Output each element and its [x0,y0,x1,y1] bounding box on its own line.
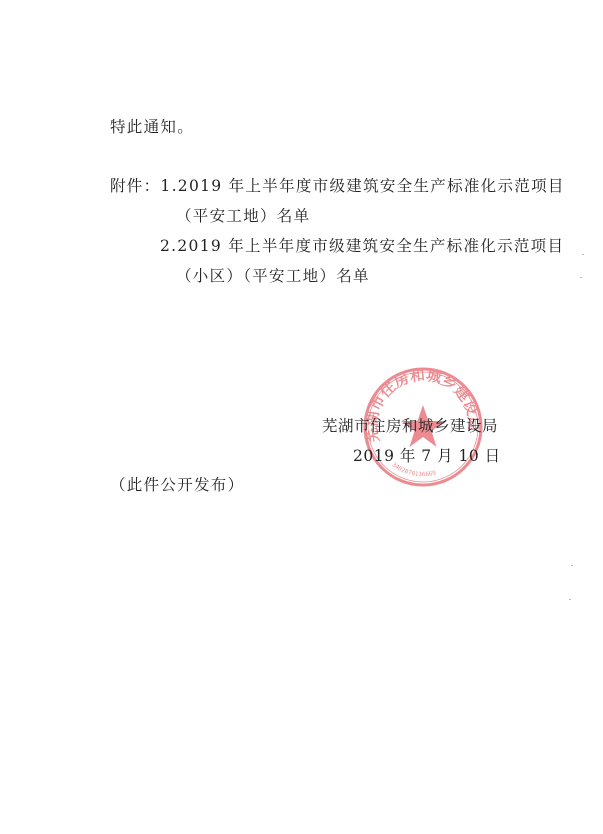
attachment-2-line1: 2.2019 年上半年度市级建筑安全生产标准化示范项目 [160,236,564,256]
attachment-2-line2: （小区）（平安工地）名单 [176,266,370,286]
closing-text: 特此通知。 [110,117,194,137]
attachment-1-line1: 附件：1.2019 年上半年度市级建筑安全生产标准化示范项目 [110,176,565,196]
publication-note: （此件公开发布） [110,475,244,495]
attachments-label: 附件： [110,177,160,195]
scan-speck [571,565,573,566]
attachment-1-title: 1.2019 年上半年度市级建筑安全生产标准化示范项目 [160,177,564,195]
scan-speck [580,277,582,278]
scan-speck [569,599,571,600]
document-page: 特此通知。 附件：1.2019 年上半年度市级建筑安全生产标准化示范项目 （平安… [0,0,603,834]
scan-speck [582,254,584,255]
issuer-name: 芜湖市住房和城乡建设局 [322,416,498,436]
issue-date: 2019 年 7 月 10 日 [353,446,501,466]
attachment-1-line2: （平安工地）名单 [176,206,310,226]
